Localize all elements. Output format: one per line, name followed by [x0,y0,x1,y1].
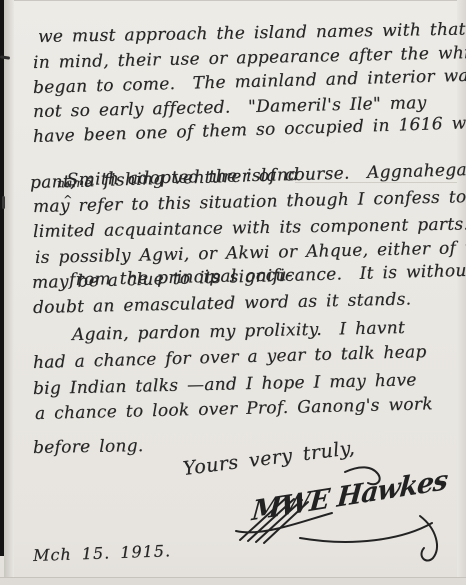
page-bottom-edge [0,577,466,585]
letter-line: a chance to look over Prof. Ganong's wor… [35,394,433,424]
letter-line: Again, pardon my prolixity. I havnt [72,318,406,345]
letter-closing: Yours very truly, [182,437,356,480]
letter-line: had a chance for over a year to talk hea… [33,342,427,373]
page-top-edge [0,0,466,1]
scanned-letter-page: we must approach the island names with t… [0,0,466,585]
letter-line: we must approach the island names with t… [38,20,466,47]
signature: MWE Hawkes [251,465,449,528]
margin-pen-tick [2,196,5,209]
letter-line: before long. [33,436,144,458]
letter-date: Mch 15. 1915. [33,541,172,565]
letter-line: big Indian talks —and I hope I may have [33,370,417,399]
page-right-edge [457,0,466,585]
page-left-gutter [4,0,14,585]
